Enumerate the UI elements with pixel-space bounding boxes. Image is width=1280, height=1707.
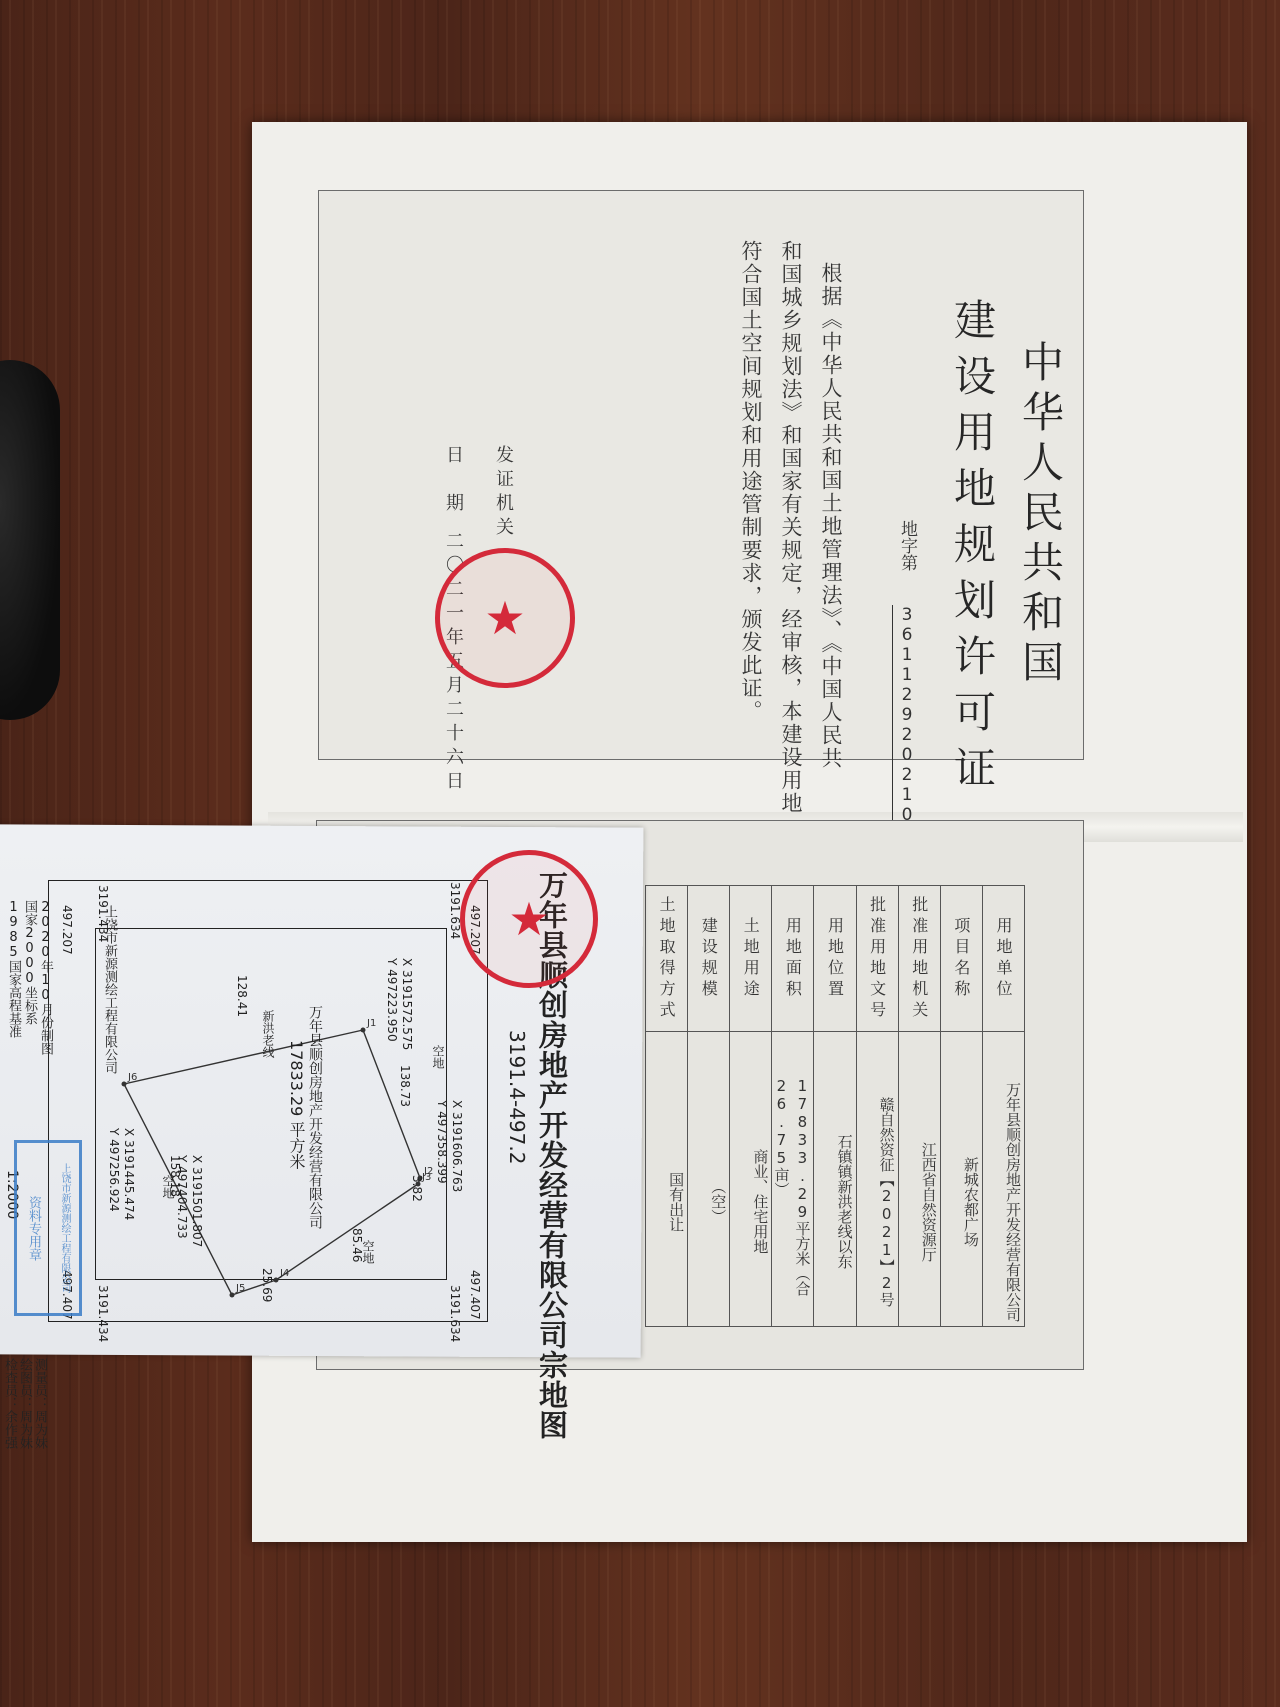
edge-length: 25.69 (260, 1268, 274, 1302)
point-coord: Y 497404.733 (175, 1155, 189, 1239)
svg-text:J5: J5 (235, 1283, 245, 1294)
edge-length: 138.73 (398, 1065, 412, 1107)
surveyor-blue-stamp: 上饶市新源测绘工程有限公司 资料专用章 (14, 1140, 82, 1316)
edge-length: 3.82 (410, 1175, 424, 1202)
parcel-owner: 万年县顺创房地产开发经营有限公司 (305, 1005, 325, 1229)
point-coord: Y 497358.399 (435, 1100, 449, 1184)
point-coord: Y 497256.924 (107, 1128, 121, 1212)
svg-text:J4: J4 (279, 1268, 289, 1279)
point-coord: X 3191445.474 (122, 1128, 136, 1220)
footer-note: 1985国家高程基准 (4, 900, 23, 1038)
point-coord: Y 497223.950 (385, 958, 399, 1042)
point-coord: X 3191606.763 (450, 1100, 464, 1192)
parcel-area: 17833.29 平方米 (285, 1040, 308, 1169)
edge-length: 128.41 (235, 975, 249, 1017)
staff-line: 检查员：余作强 (0, 1358, 19, 1449)
official-seal-bottom: ★ (460, 850, 598, 988)
road-label: 新洪老线 (260, 1010, 277, 1058)
point-coord: X 3191501.807 (190, 1155, 204, 1247)
parcel-boundary-plot: J1J2J3J4J5J6 (0, 0, 1280, 1707)
empty-land-label: 空地 (360, 1240, 377, 1264)
svg-text:J1: J1 (366, 1018, 376, 1029)
empty-land-label: 空地 (430, 1045, 447, 1069)
star-icon: ★ (508, 896, 549, 942)
svg-text:J6: J6 (127, 1072, 137, 1083)
point-coord: X 3191572.575 (400, 958, 414, 1050)
